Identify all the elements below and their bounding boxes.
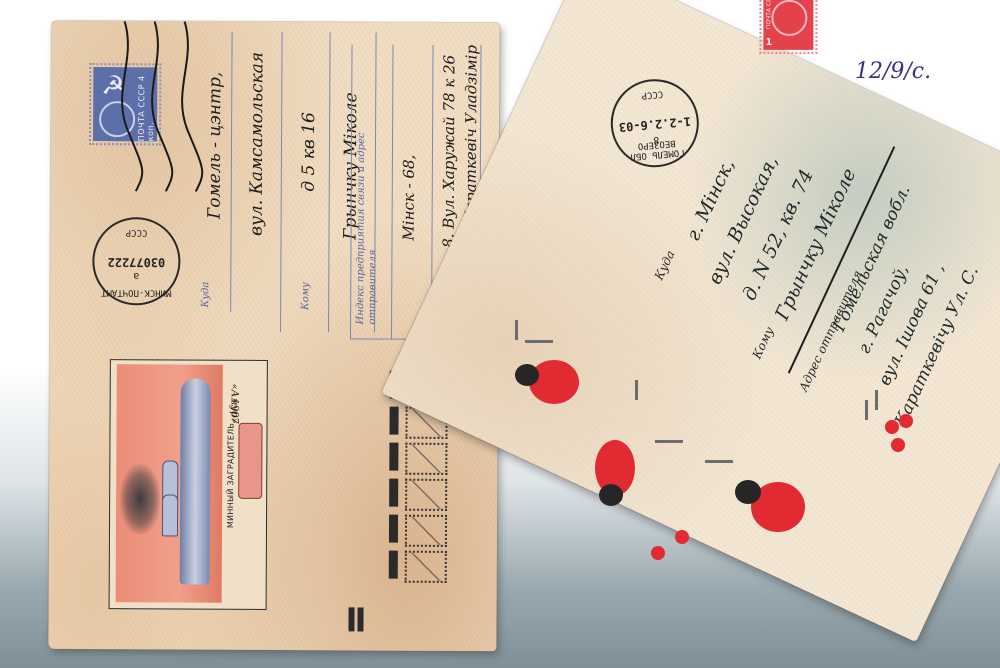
coat-of-arms-icon: [99, 101, 135, 137]
ship-name-cartouche: «Амур» 1907: [238, 423, 262, 499]
address-line-3: д 5 кв 16: [299, 112, 319, 192]
address-line-1: Гомель - цэнтр,: [205, 72, 226, 219]
stamp-text: ПОЧТА СССР 4 коп.: [137, 71, 155, 141]
address-line-2: вул. Камсамольская: [247, 52, 268, 236]
postage-stamp-red: ПОЧТА СССР 1: [763, 0, 813, 50]
to-label: Куда: [652, 248, 678, 282]
berry-icon: [675, 530, 689, 544]
name-label: Кому: [750, 325, 777, 361]
ussr-coat-of-arms-icon: [771, 0, 807, 36]
sender-line-2: 8. Вул. Харужай 78 к 26: [439, 55, 458, 248]
postmark-gomel: ГОМЕЛЬ ОБЛ ВЕОЗЕРО 8 1-2.2.6-03 СССР: [607, 76, 702, 171]
postmark-city: МИНСК-ПОЧТАМТ: [94, 287, 178, 297]
postmark-country: СССР: [95, 227, 179, 237]
ship-illustration: МИННЫЙ ЗАГРАДИТЕЛЬ «Амур» 1907: [109, 359, 268, 610]
sender-line-1: Мінск - 68,: [400, 155, 418, 241]
berry-icon: [651, 546, 665, 560]
stamp-value: 1: [765, 37, 772, 48]
minelayer-ship-image: [116, 364, 223, 603]
sender-printed-label: Индекс предприятия связи и адрес отправи…: [355, 74, 380, 324]
berry-icon: [891, 438, 905, 452]
postmark-letter: а: [94, 270, 178, 281]
hammer-sickle-emblem-icon: ☭: [101, 71, 124, 101]
postmark-date: 03077222: [94, 255, 178, 269]
barcode-marks: [348, 607, 366, 635]
name-label: Кому: [300, 282, 311, 310]
to-label: Куда: [200, 282, 211, 308]
postmark-minsk: МИНСК-ПОЧТАМТ а 03077222 СССР: [92, 217, 180, 305]
ship-caption: МИННЫЙ ЗАГРАДИТЕЛЬ: [226, 423, 236, 528]
ink-annotation: 12/9/с.: [855, 59, 931, 84]
postage-stamp-blue: ☭ ПОЧТА СССР 4 коп.: [93, 67, 157, 141]
